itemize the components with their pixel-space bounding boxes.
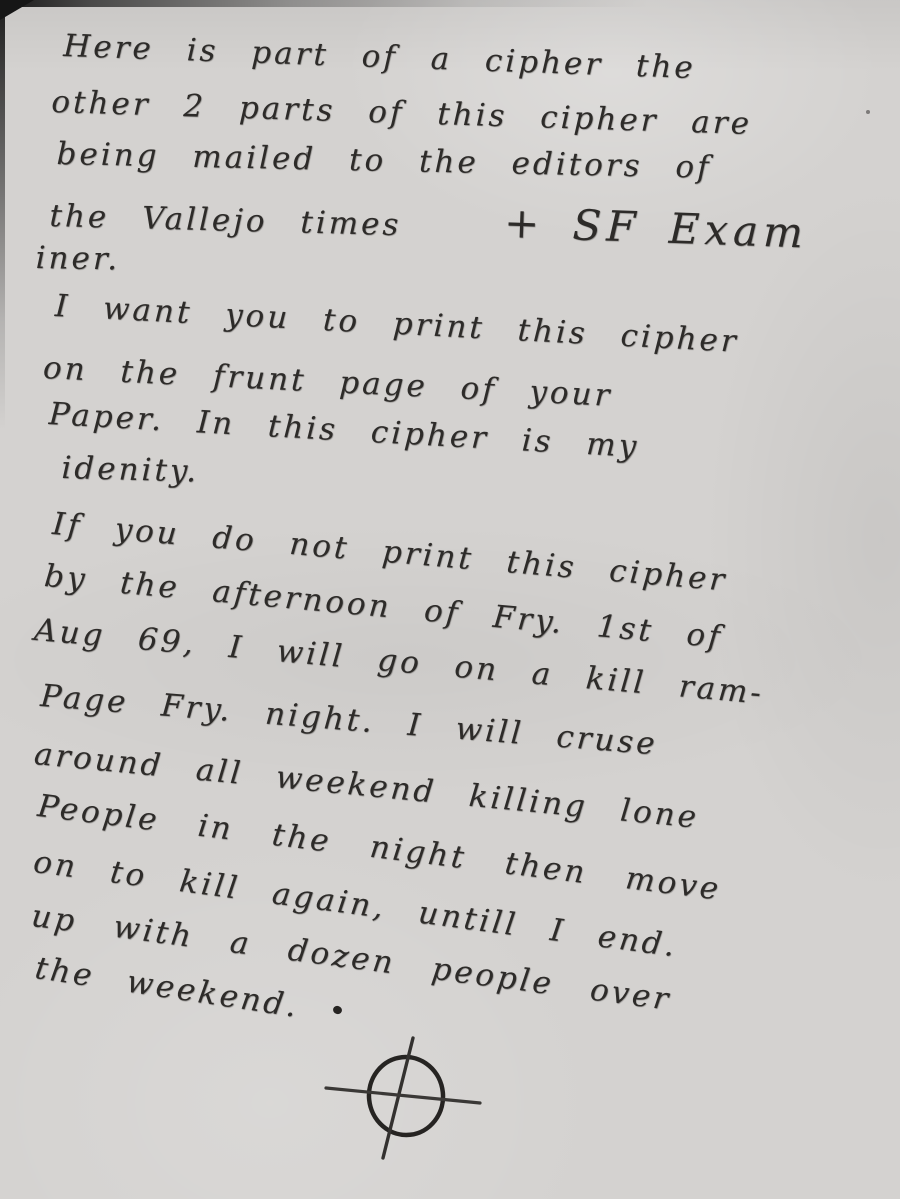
letter-line: Here is part of a cipher the [63,28,697,86]
scan-edge-top [0,0,900,7]
letter-line: idenity. [61,450,200,490]
ink-speck [306,152,309,155]
scan-edge-left [0,0,5,430]
letter-line: I want you to print this cipher [54,288,740,360]
ink-blot [332,1005,343,1016]
ink-speck [866,110,870,114]
letter-line: + SF Exam [503,198,809,258]
letter-scan: Here is part of a cipher the other 2 par… [0,0,900,1199]
letter-line: being mailed to the editors of [56,136,712,186]
zodiac-crosshair-symbol [315,1022,495,1167]
letter-line: iner. [35,240,120,277]
letter-line: the Vallejo times [49,198,402,243]
letter-line: other 2 parts of this cipher are [51,84,753,142]
scan-corner-top-left [0,0,34,20]
